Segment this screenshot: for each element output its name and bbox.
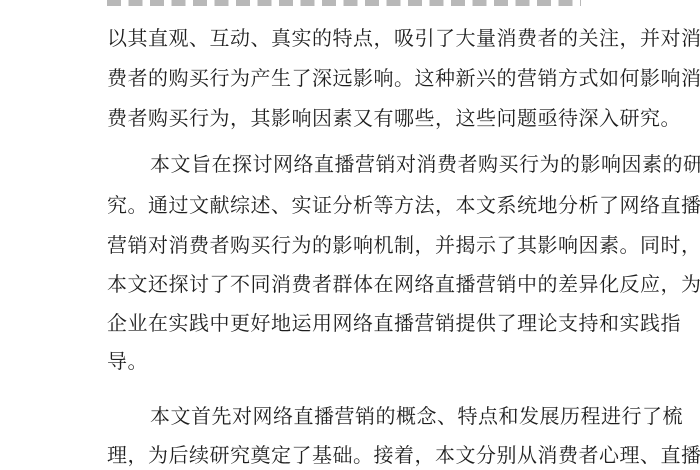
paragraph-1-line-1: 以其直观、互动、真实的特点，吸引了大量消费者的关注，并对消 [107, 24, 581, 52]
paragraph-1-line-3: 费者购买行为，其影响因素又有哪些，这些问题亟待深入研究。 [107, 104, 681, 132]
paragraph-2-line-3: 营销对消费者购买行为的影响机制，并揭示了其影响因素。同时， [107, 231, 581, 259]
paragraph-3-line-1: 本文首先对网络直播营销的概念、特点和发展历程进行了梳 [150, 402, 581, 430]
paragraph-1-line-2: 费者的购买行为产生了深远影响。这种新兴的营销方式如何影响消 [107, 64, 581, 92]
paragraph-2-line-6: 导。 [107, 347, 148, 375]
paragraph-2-line-2: 究。通过文献综述、实证分析等方法，本文系统地分析了网络直播 [107, 191, 581, 219]
paragraph-2-line-4: 本文还探讨了不同消费者群体在网络直播营销中的差异化反应，为 [107, 270, 581, 298]
document-page: 以其直观、互动、真实的特点，吸引了大量消费者的关注，并对消 费者的购买行为产生了… [0, 0, 700, 470]
paragraph-2-line-5: 企业在实践中更好地运用网络直播营销提供了理论支持和实践指 [107, 309, 581, 337]
cut-off-text-line [107, 0, 581, 6]
cut-off-glyph-remnants [107, 0, 581, 6]
paragraph-3-line-2: 理，为后续研究奠定了基础。接着，本文分别从消费者心理、直播 [107, 441, 581, 469]
paragraph-2-line-1: 本文旨在探讨网络直播营销对消费者购买行为的影响因素的研 [150, 150, 581, 178]
